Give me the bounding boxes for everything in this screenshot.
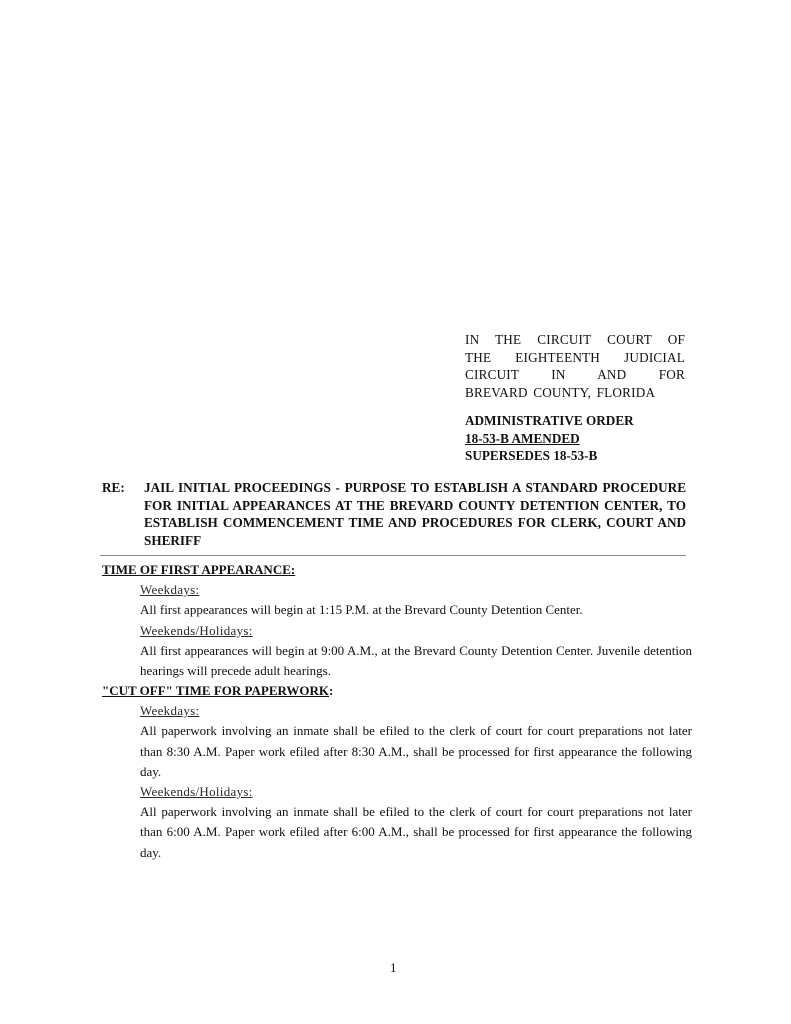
sub-label-weekdays: Weekdays: — [140, 701, 692, 721]
section-heading-text: "CUT OFF" TIME FOR PAPERWORK — [102, 683, 329, 698]
court-caption-line: BREVARD COUNTY, FLORIDA — [465, 384, 685, 402]
section-heading-text: TIME OF FIRST APPEARANCE: — [102, 562, 295, 577]
order-supersedes: SUPERSEDES 18-53-B — [465, 447, 695, 465]
document-page: IN THE CIRCUIT COURT OF THE EIGHTEENTH J… — [0, 0, 791, 1024]
re-label: RE: — [102, 479, 125, 497]
horizontal-rule — [100, 555, 686, 556]
order-identifier: ADMINISTRATIVE ORDER 18-53-B AMENDED SUP… — [465, 412, 695, 465]
re-subject: RE: JAIL INITIAL PROCEEDINGS - PURPOSE T… — [102, 479, 686, 549]
sub-label-weekends-holidays: Weekends/Holidays: — [140, 782, 692, 802]
section-cut-off-time: "CUT OFF" TIME FOR PAPERWORK: Weekdays: … — [102, 681, 692, 863]
paragraph: All first appearances will begin at 1:15… — [140, 600, 692, 620]
court-caption-line: THE EIGHTEENTH JUDICIAL — [465, 349, 685, 367]
section-time-of-first-appearance: TIME OF FIRST APPEARANCE: Weekdays: All … — [102, 560, 692, 681]
order-number: 18-53-B AMENDED — [465, 431, 580, 446]
sub-label-weekends-holidays: Weekends/Holidays: — [140, 621, 692, 641]
section-heading: "CUT OFF" TIME FOR PAPERWORK: — [102, 681, 692, 701]
court-caption-line: CIRCUIT IN AND FOR — [465, 366, 685, 384]
page-number: 1 — [390, 960, 397, 976]
section-heading: TIME OF FIRST APPEARANCE: — [102, 560, 692, 580]
paragraph: All first appearances will begin at 9:00… — [140, 641, 692, 681]
court-caption-line: IN THE CIRCUIT COURT OF — [465, 331, 685, 349]
paragraph: All paperwork involving an inmate shall … — [140, 721, 692, 782]
section-heading-suffix: : — [329, 681, 333, 701]
court-caption: IN THE CIRCUIT COURT OF THE EIGHTEENTH J… — [465, 331, 685, 401]
re-text: JAIL INITIAL PROCEEDINGS - PURPOSE TO ES… — [144, 479, 686, 549]
order-title: ADMINISTRATIVE ORDER — [465, 412, 695, 430]
sub-label-weekdays: Weekdays: — [140, 580, 692, 600]
paragraph: All paperwork involving an inmate shall … — [140, 802, 692, 863]
